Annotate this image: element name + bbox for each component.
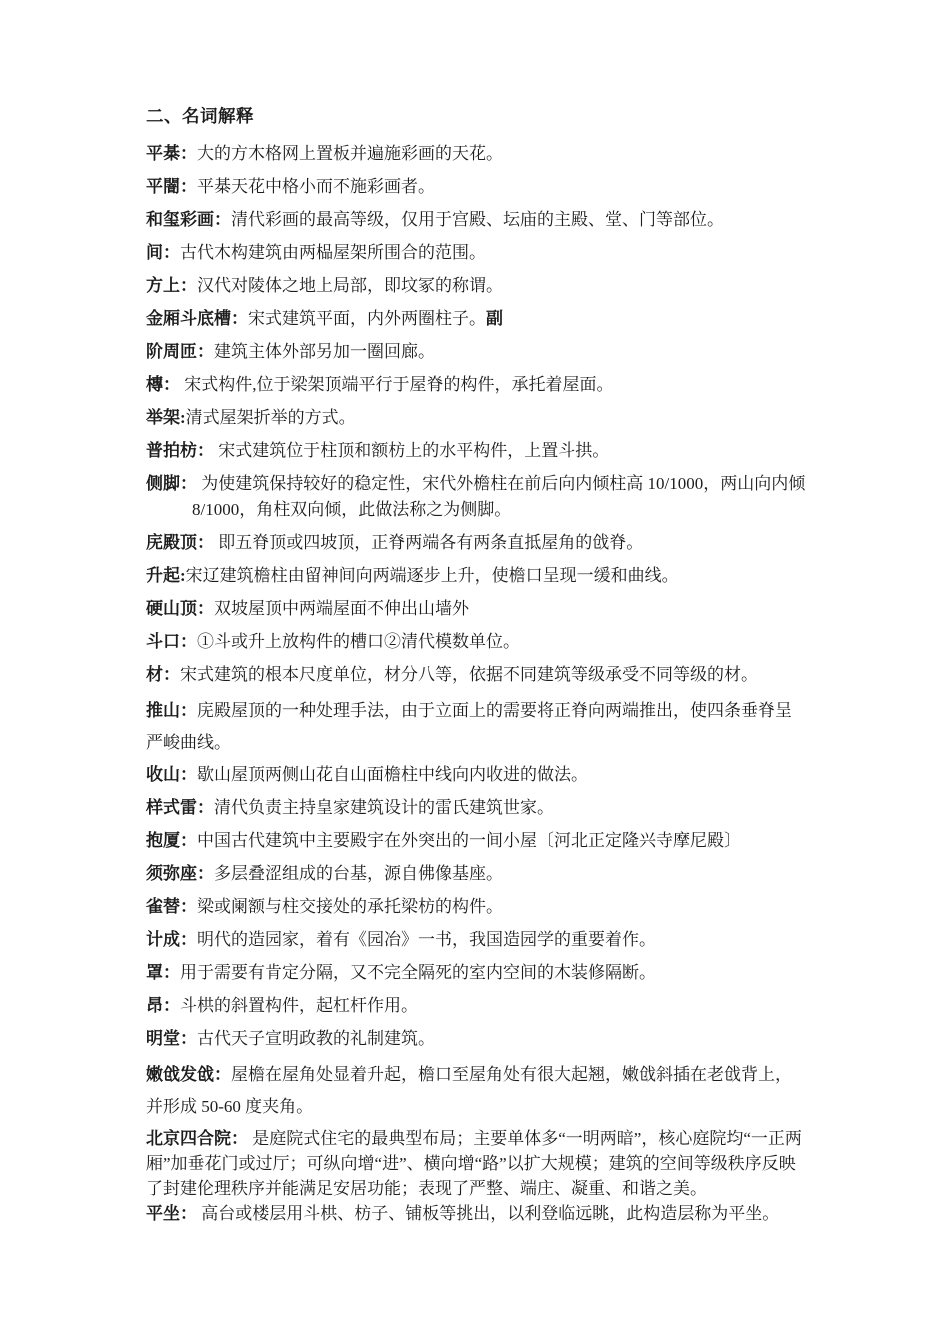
term-label: 平闇：	[146, 177, 197, 196]
definition-entry: 阶周匝：建筑主体外部另加一圈回廊。	[146, 339, 808, 365]
definition-entry: 雀替：梁或阑额与柱交接处的承托梁枋的构件。	[146, 894, 808, 920]
definition-entry: 抱厦：中国古代建筑中主要殿宇在外突出的一间小屋〔河北正定隆兴寺摩尼殿〕	[146, 828, 808, 854]
term-label: 斗口：	[146, 632, 197, 651]
term-definition: 汉代对陵体之地上局部，即坟冢的称谓。	[197, 276, 503, 295]
term-label: 平棊：	[146, 144, 197, 163]
term-label: 槫：	[146, 375, 180, 394]
term-definition: 双坡屋顶中两端屋面不伸出山墙外	[214, 599, 469, 618]
term-label: 嫩戗发戗：	[146, 1065, 231, 1084]
definition-entry: 罩：用于需要有肯定分隔，又不完全隔死的室内空间的木装修隔断。	[146, 960, 808, 986]
term-definition: 庑殿屋顶的一种处理手法，由于立面上的需要将正脊向两端推出，使四条垂脊呈严峻曲线。	[146, 701, 792, 752]
term-label: 材：	[146, 665, 180, 684]
term-label: 平坐：	[146, 1204, 197, 1223]
term-label: 计成：	[146, 930, 197, 949]
definition-entry: 须弥座：多层叠涩组成的台基，源自佛像基座。	[146, 861, 808, 887]
term-label: 普拍枋：	[146, 441, 214, 460]
definition-entry: 和玺彩画：清代彩画的最高等级，仅用于宫殿、坛庙的主殿、堂、门等部位。	[146, 207, 808, 233]
term-definition: 清式屋架折举的方式。	[186, 408, 356, 427]
term-definition: 为使建筑保持较好的稳定性，宋代外檐柱在前后向内倾柱高 10/1000，两山向内倾…	[192, 474, 805, 519]
term-label: 明堂：	[146, 1029, 197, 1048]
term-definition: 多层叠涩组成的台基，源自佛像基座。	[214, 864, 503, 883]
definition-entry: 昂：斗栱的斜置构件，起杠杆作用。	[146, 993, 808, 1019]
term-definition: 斗栱的斜置构件，起杠杆作用。	[180, 996, 418, 1015]
term-label: 收山：	[146, 765, 197, 784]
term-label: 侧脚：	[146, 474, 197, 493]
term-label: 昂：	[146, 996, 180, 1015]
definition-entry: 推山：庑殿屋顶的一种处理手法，由于立面上的需要将正脊向两端推出，使四条垂脊呈严峻…	[146, 695, 808, 759]
definition-entry: 计成：明代的造园家，着有《园冶》一书，我国造园学的重要着作。	[146, 927, 808, 953]
term-definition: 清代彩画的最高等级，仅用于宫殿、坛庙的主殿、堂、门等部位。	[231, 210, 724, 229]
term-definition: 宋式构件,位于梁架顶端平行于屋脊的构件，承托着屋面。	[180, 375, 614, 394]
definition-entry: 硬山顶：双坡屋顶中两端屋面不伸出山墙外	[146, 596, 808, 622]
definition-entry: 槫： 宋式构件,位于梁架顶端平行于屋脊的构件，承托着屋面。	[146, 372, 808, 398]
term-definition: 屋檐在屋角处显着升起，檐口至屋角处有很大起翘，嫩戗斜插在老戗背上，并形成 50-…	[146, 1065, 792, 1116]
definition-entry: 庑殿顶： 即五脊顶或四坡顶，正脊两端各有两条直抵屋角的戗脊。	[146, 530, 808, 556]
term-label: 罩：	[146, 963, 180, 982]
term-bold-suffix: 副	[486, 309, 503, 328]
term-label: 间：	[146, 243, 180, 262]
document-page: 二、名词解释 平棊：大的方木格网上置板并遍施彩画的天花。 平闇：平棊天花中格小而…	[0, 0, 950, 1344]
term-definition: 宋式建筑平面，内外两圈柱子。	[248, 309, 486, 328]
definition-entry: 平棊：大的方木格网上置板并遍施彩画的天花。	[146, 141, 808, 167]
term-definition: 清代负责主持皇家建筑设计的雷氏建筑世家。	[214, 798, 554, 817]
definition-list: 平棊：大的方木格网上置板并遍施彩画的天花。 平闇：平棊天花中格小而不施彩画者。 …	[146, 141, 808, 1226]
term-label: 样式雷：	[146, 798, 214, 817]
term-definition: 建筑主体外部另加一圈回廊。	[214, 342, 435, 361]
definition-entry: 普拍枋： 宋式建筑位于柱顶和额枋上的水平构件，上置斗拱。	[146, 438, 808, 464]
definition-entry: 升起:宋辽建筑檐柱由留神间向两端逐步上升，使檐口呈现一缓和曲线。	[146, 563, 808, 589]
term-label: 庑殿顶：	[146, 533, 214, 552]
definition-entry: 平坐： 高台或楼层用斗栱、枋子、铺板等挑出，以利登临远眺，此构造层称为平坐。	[146, 1201, 808, 1226]
definition-entry: 方上：汉代对陵体之地上局部，即坟冢的称谓。	[146, 273, 808, 299]
definition-entry: 北京四合院： 是庭院式住宅的最典型布局；主要单体多“一明两暗”，核心庭院均“一正…	[146, 1126, 808, 1201]
term-definition: 中国古代建筑中主要殿宇在外突出的一间小屋〔河北正定隆兴寺摩尼殿〕	[197, 831, 741, 850]
definition-entry: 嫩戗发戗：屋檐在屋角处显着升起，檐口至屋角处有很大起翘，嫩戗斜插在老戗背上，并形…	[146, 1059, 808, 1123]
term-label: 抱厦：	[146, 831, 197, 850]
term-definition: 大的方木格网上置板并遍施彩画的天花。	[197, 144, 503, 163]
term-definition: 高台或楼层用斗栱、枋子、铺板等挑出，以利登临远眺，此构造层称为平坐。	[197, 1204, 779, 1223]
term-definition: 宋式建筑的根本尺度单位，材分八等，依据不同建筑等级承受不同等级的材。	[180, 665, 758, 684]
term-definition: 明代的造园家，着有《园冶》一书，我国造园学的重要着作。	[197, 930, 656, 949]
definition-entry: 举架:清式屋架折举的方式。	[146, 405, 808, 431]
definition-entry: 金厢斗底槽：宋式建筑平面，内外两圈柱子。副	[146, 306, 808, 332]
term-label: 硬山顶：	[146, 599, 214, 618]
definition-entry: 收山：歇山屋顶两侧山花自山面檐柱中线向内收进的做法。	[146, 762, 808, 788]
term-definition: 梁或阑额与柱交接处的承托梁枋的构件。	[197, 897, 503, 916]
term-label: 推山：	[146, 701, 197, 720]
term-definition: 即五脊顶或四坡顶，正脊两端各有两条直抵屋角的戗脊。	[214, 533, 643, 552]
definition-entry: 斗口：①斗或升上放构件的槽口②清代模数单位。	[146, 629, 808, 655]
definition-entry: 明堂：古代天子宣明政教的礼制建筑。	[146, 1026, 808, 1052]
document-content: 二、名词解释 平棊：大的方木格网上置板并遍施彩画的天花。 平闇：平棊天花中格小而…	[146, 103, 808, 1226]
definition-entry: 间：古代木构建筑由两榀屋架所围合的范围。	[146, 240, 808, 266]
term-label: 举架:	[146, 408, 186, 427]
term-label: 须弥座：	[146, 864, 214, 883]
definition-entry: 平闇：平棊天花中格小而不施彩画者。	[146, 174, 808, 200]
term-definition: 宋式建筑位于柱顶和额枋上的水平构件，上置斗拱。	[214, 441, 609, 460]
definition-entry: 样式雷：清代负责主持皇家建筑设计的雷氏建筑世家。	[146, 795, 808, 821]
term-definition: ①斗或升上放构件的槽口②清代模数单位。	[197, 632, 520, 651]
term-label: 北京四合院：	[146, 1129, 248, 1148]
term-definition: 古代天子宣明政教的礼制建筑。	[197, 1029, 435, 1048]
term-definition: 用于需要有肯定分隔，又不完全隔死的室内空间的木装修隔断。	[180, 963, 656, 982]
term-definition: 古代木构建筑由两榀屋架所围合的范围。	[180, 243, 486, 262]
term-label: 阶周匝：	[146, 342, 214, 361]
term-definition: 宋辽建筑檐柱由留神间向两端逐步上升，使檐口呈现一缓和曲线。	[186, 566, 679, 585]
term-label: 金厢斗底槽：	[146, 309, 248, 328]
term-label: 雀替：	[146, 897, 197, 916]
term-label: 升起:	[146, 566, 186, 585]
definition-entry: 材：宋式建筑的根本尺度单位，材分八等，依据不同建筑等级承受不同等级的材。	[146, 662, 808, 688]
section-title: 二、名词解释	[146, 103, 808, 128]
definition-entry: 侧脚： 为使建筑保持较好的稳定性，宋代外檐柱在前后向内倾柱高 10/1000，两…	[146, 471, 808, 523]
term-label: 方上：	[146, 276, 197, 295]
term-definition: 歇山屋顶两侧山花自山面檐柱中线向内收进的做法。	[197, 765, 588, 784]
term-label: 和玺彩画：	[146, 210, 231, 229]
term-definition: 平棊天花中格小而不施彩画者。	[197, 177, 435, 196]
